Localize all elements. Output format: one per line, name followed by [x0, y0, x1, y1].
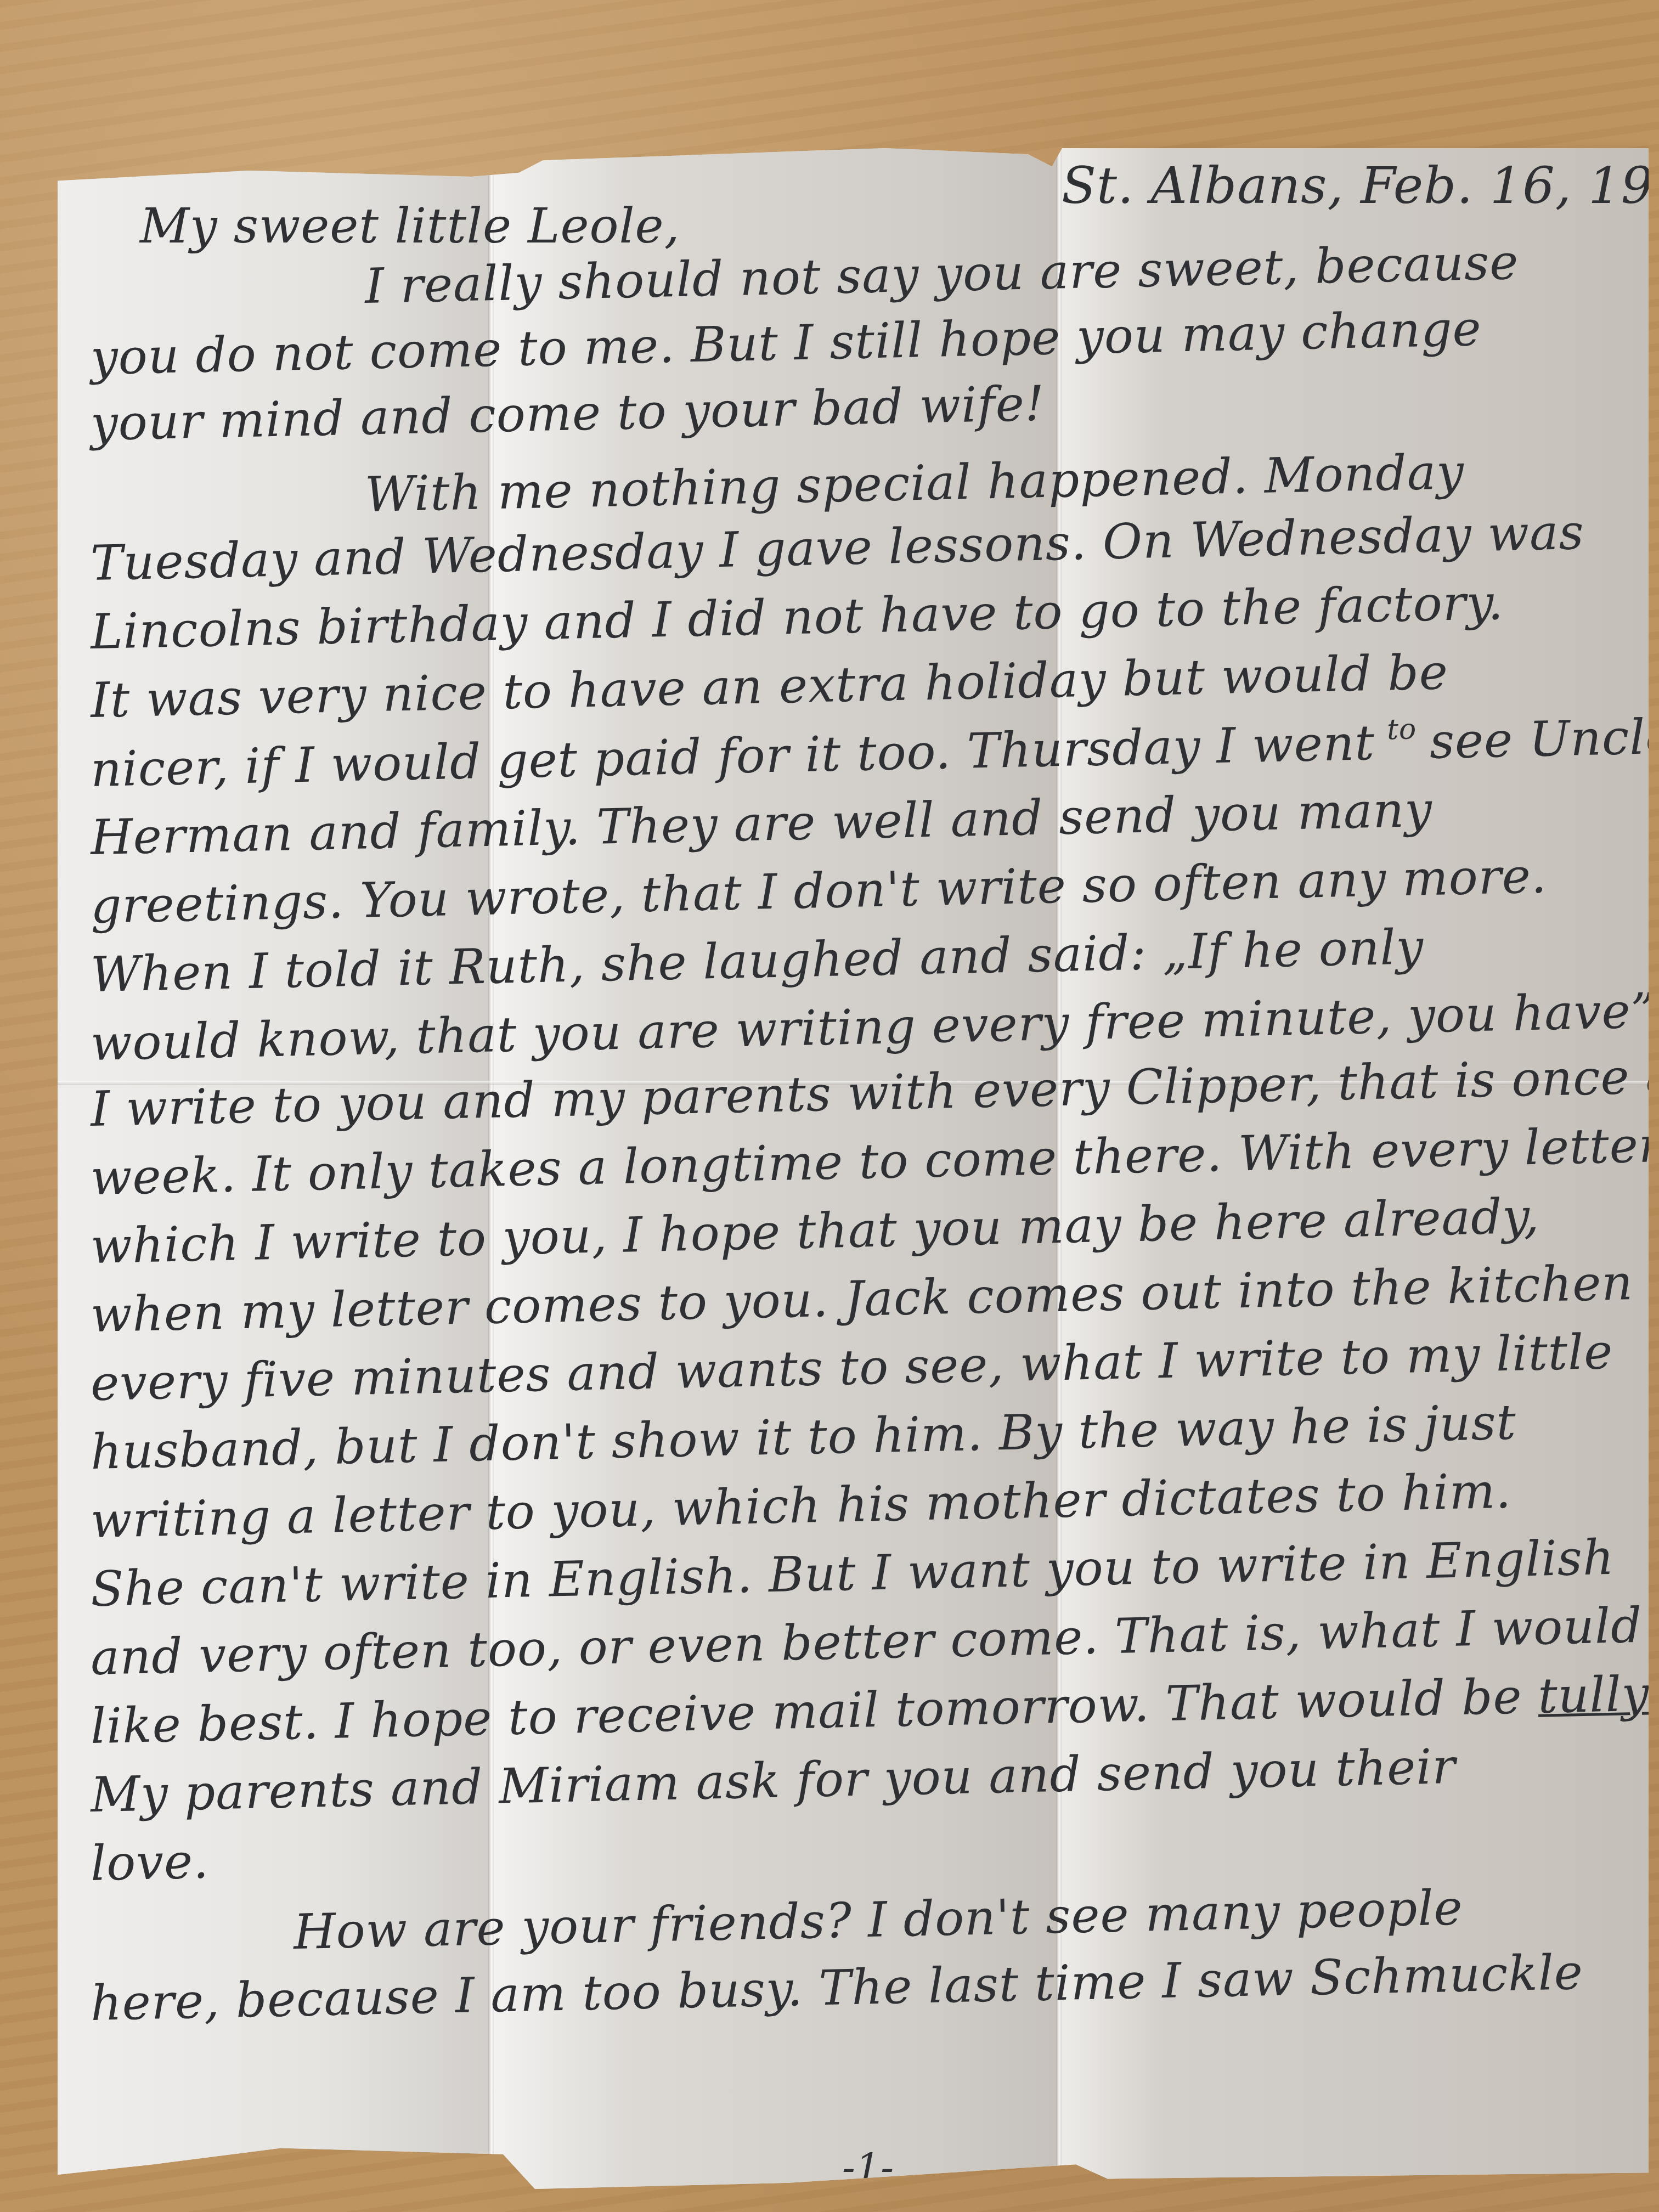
page-number: -1-	[842, 2145, 894, 2190]
letter-line-tail: see Uncle	[1429, 708, 1659, 770]
place-date: St. Albans, Feb. 16, 1941.	[1062, 156, 1659, 215]
emphasized-word: tully!	[1537, 1665, 1659, 1724]
letter-line: love.	[90, 1832, 210, 1891]
letter-sheet: St. Albans, Feb. 16, 1941. My sweet litt…	[58, 148, 1649, 2189]
inserted-word: to	[1386, 713, 1417, 746]
salutation: My sweet little Leole,	[140, 198, 680, 254]
